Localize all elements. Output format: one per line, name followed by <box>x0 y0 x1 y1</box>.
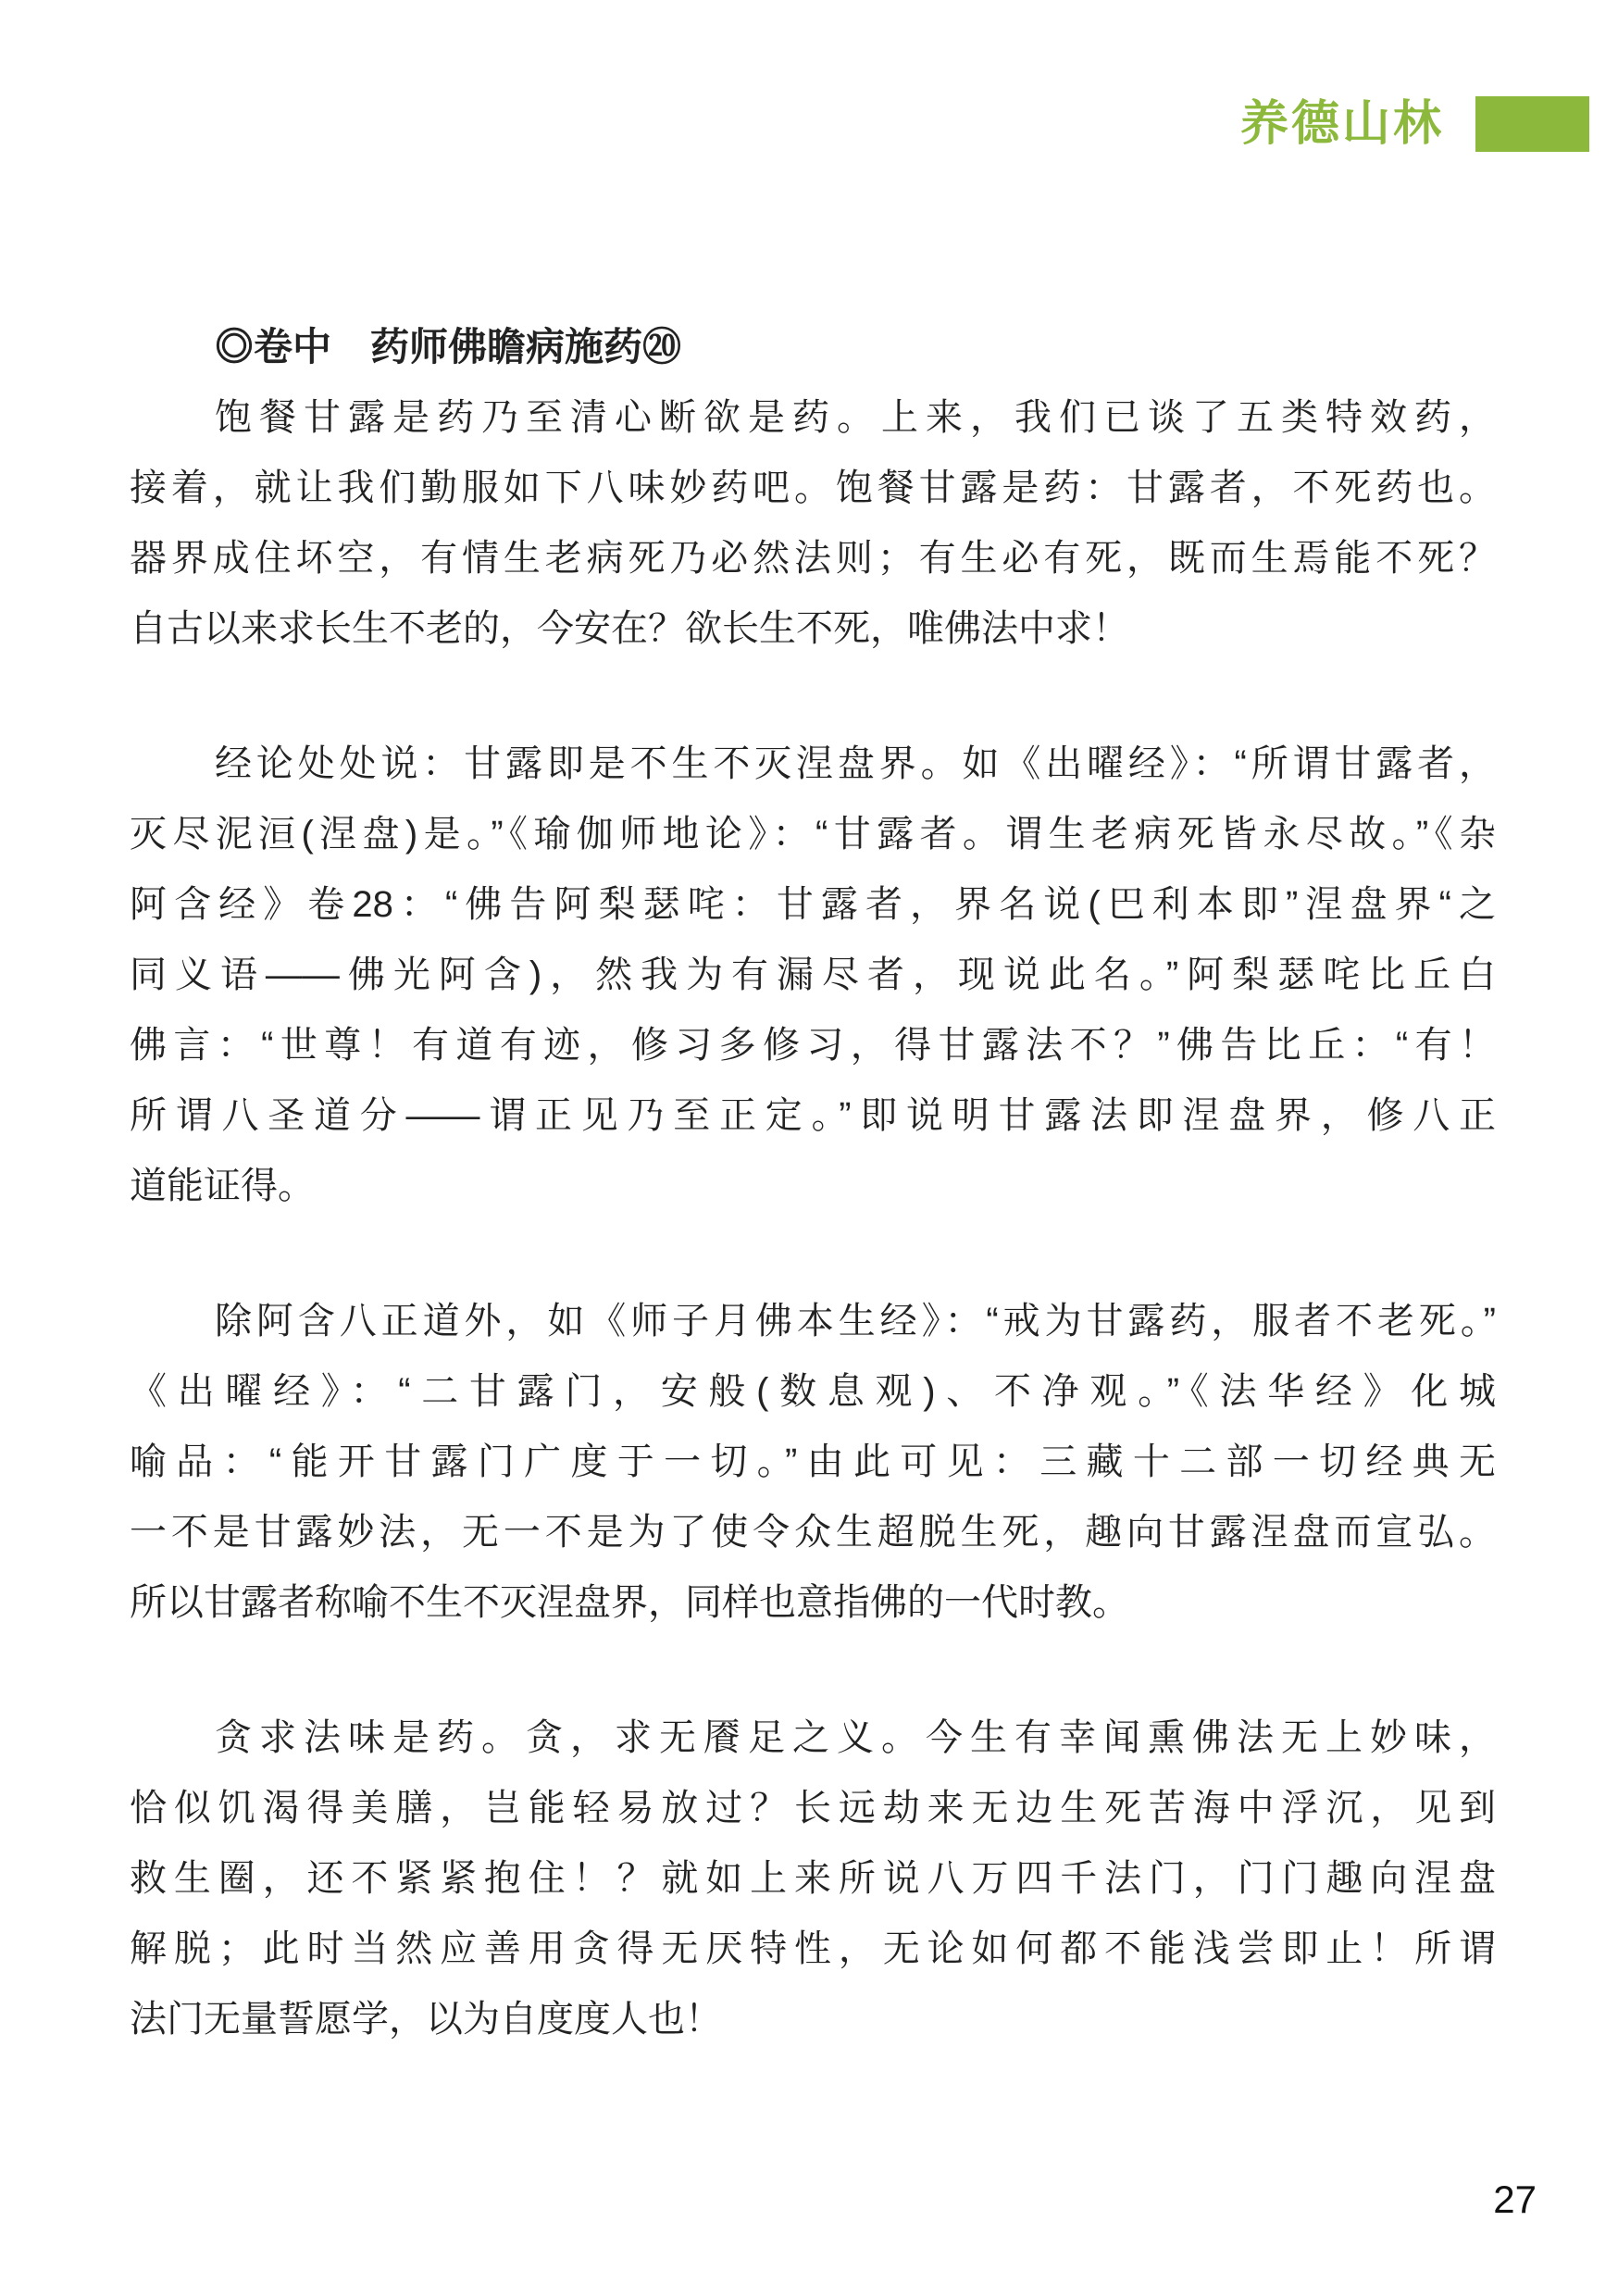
text-line: 同义语——佛光阿含)，然我为有漏尽者，现说此名。”阿梨瑟咤比丘白 <box>130 940 1496 1010</box>
text-line: 经论处处说：甘露即是不生不灭涅盘界。如《出曜经》：“所谓甘露者， <box>130 729 1496 799</box>
paragraph: 除阿含八正道外，如《师子月佛本生经》：“戒为甘露药，服者不老死。”《出曜经》：“… <box>130 1286 1496 1638</box>
text-line: 恰似饥渴得美膳，岂能轻易放过？长远劫来无边生死苦海中浮沉，见到 <box>130 1773 1496 1843</box>
brand-title: 养德山林 <box>1240 96 1444 152</box>
paragraph: 贪求法味是药。贪，求无餍足之义。今生有幸闻熏佛法无上妙味，恰似饥渴得美膳，岂能轻… <box>130 1703 1496 2054</box>
article-title: ◎卷中 药师佛瞻病施药⑳ <box>130 312 1496 382</box>
text-line: 所谓八圣道分——谓正见乃至正定。”即说明甘露法即涅盘界，修八正 <box>130 1080 1496 1151</box>
article-body: 饱餐甘露是药乃至清心断欲是药。上来，我们已谈了五类特效药，接着，就让我们勤服如下… <box>130 382 1496 2054</box>
text-line: 《出曜经》：“二甘露门，安般(数息观)、不净观。”《法华经》化城 <box>130 1356 1496 1427</box>
text-line: 所以甘露者称喻不生不灭涅盘界，同样也意指佛的一代时教。 <box>130 1567 1496 1638</box>
text-line: 阿含经》卷28：“佛告阿梨瑟咤：甘露者，界名说(巴利本即”涅盘界“之 <box>130 869 1496 940</box>
text-line: 救生圈，还不紧紧抱住！？就如上来所说八万四千法门，门门趣向涅盘 <box>130 1843 1496 1914</box>
page-header: 养德山林 <box>1240 96 1589 152</box>
text-line: 自古以来求长生不老的，今安在？欲长生不死，唯佛法中求！ <box>130 593 1496 664</box>
text-line: 解脱；此时当然应善用贪得无厌特性，无论如何都不能浅尝即止！所谓 <box>130 1914 1496 1984</box>
text-line: 一不是甘露妙法，无一不是为了使令众生超脱生死，趣向甘露涅盘而宣弘。 <box>130 1497 1496 1567</box>
text-line: 佛言：“世尊！有道有迹，修习多修习，得甘露法不？”佛告比丘：“有！ <box>130 1010 1496 1080</box>
text-line: 器界成住坏空，有情生老病死乃必然法则；有生必有死，既而生焉能不死？ <box>130 523 1496 593</box>
text-line: 贪求法味是药。贪，求无餍足之义。今生有幸闻熏佛法无上妙味， <box>130 1703 1496 1773</box>
text-line: 接着，就让我们勤服如下八味妙药吧。饱餐甘露是药：甘露者，不死药也。 <box>130 453 1496 523</box>
text-line: 饱餐甘露是药乃至清心断欲是药。上来，我们已谈了五类特效药， <box>130 382 1496 453</box>
text-line: 喻品：“能开甘露门广度于一切。”由此可见：三藏十二部一切经典无 <box>130 1427 1496 1497</box>
page-number: 27 <box>1493 2177 1537 2222</box>
brand-accent-block <box>1475 96 1589 152</box>
paragraph: 经论处处说：甘露即是不生不灭涅盘界。如《出曜经》：“所谓甘露者，灭尽泥洹(涅盘)… <box>130 729 1496 1221</box>
text-line: 法门无量誓愿学，以为自度度人也！ <box>130 1984 1496 2054</box>
text-line: 道能证得。 <box>130 1151 1496 1221</box>
paragraph: 饱餐甘露是药乃至清心断欲是药。上来，我们已谈了五类特效药，接着，就让我们勤服如下… <box>130 382 1496 664</box>
page: 养德山林 ◎卷中 药师佛瞻病施药⑳ 饱餐甘露是药乃至清心断欲是药。上来，我们已谈… <box>0 0 1618 2296</box>
text-line: 除阿含八正道外，如《师子月佛本生经》：“戒为甘露药，服者不老死。” <box>130 1286 1496 1356</box>
article: ◎卷中 药师佛瞻病施药⑳ 饱餐甘露是药乃至清心断欲是药。上来，我们已谈了五类特效… <box>130 312 1496 2054</box>
text-line: 灭尽泥洹(涅盘)是。”《瑜伽师地论》：“甘露者。谓生老病死皆永尽故。”《杂 <box>130 799 1496 869</box>
